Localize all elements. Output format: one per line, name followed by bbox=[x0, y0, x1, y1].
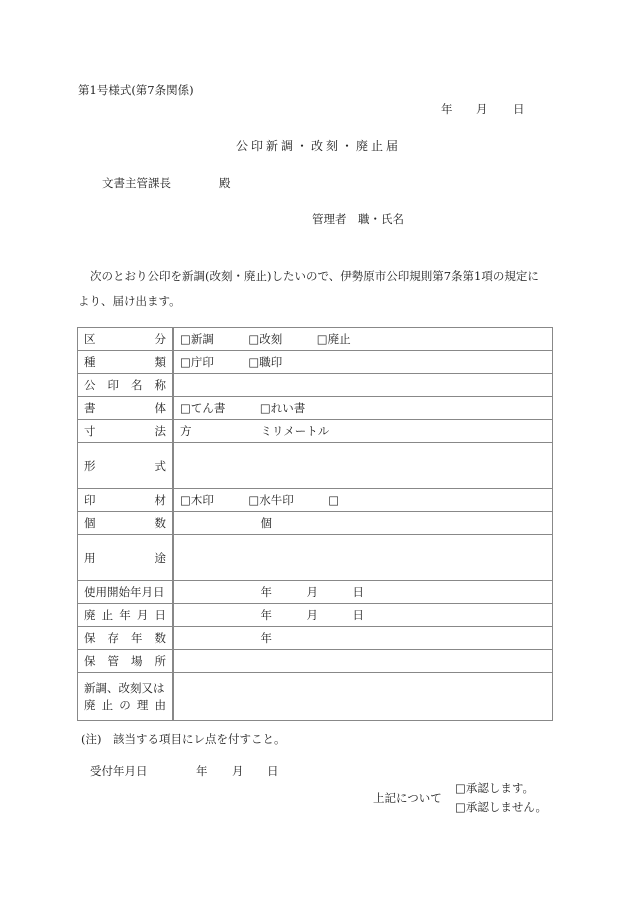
table-row-reason: 新調、改刻又は 廃止の理由 bbox=[78, 673, 553, 721]
row-label: 印材 bbox=[84, 492, 166, 508]
typeface-checkboxes[interactable]: □てん書 □れい書 bbox=[173, 397, 553, 420]
type-checkboxes[interactable]: □庁印 □職印 bbox=[173, 351, 553, 374]
row-label: 寸法 bbox=[84, 423, 166, 439]
page-title: 公印新調・改刻・廃止届 bbox=[236, 137, 401, 154]
row-label-line-2: 廃止の理由 bbox=[84, 697, 166, 714]
table-row-abolition-date: 廃止年月日 年 月 日 bbox=[78, 604, 553, 627]
row-label: 形式 bbox=[84, 458, 166, 474]
table-row-type: 種類 □庁印 □職印 bbox=[78, 351, 553, 374]
form-number: 第1号様式(第7条関係) bbox=[78, 82, 194, 98]
date-year: 年 bbox=[441, 101, 453, 117]
note: (注) 該当する項目にレ点を付すこと。 bbox=[81, 731, 285, 747]
row-label: 区分 bbox=[84, 331, 166, 347]
body-text: 次のとおり公印を新調(改刻・廃止)したいので、伊勢原市公印規則第7条第1項の規定… bbox=[78, 264, 558, 314]
body-line-1: 次のとおり公印を新調(改刻・廃止)したいので、伊勢原市公印規則第7条第1項の規定… bbox=[78, 264, 558, 289]
addressee: 文書主管課長 bbox=[102, 175, 171, 191]
row-label-line-1: 新調、改刻又は bbox=[84, 680, 166, 697]
row-label: 用途 bbox=[84, 550, 166, 566]
storage-location-field[interactable] bbox=[173, 650, 553, 673]
quantity-field[interactable]: 個 bbox=[173, 512, 553, 535]
material-checkboxes[interactable]: □木印 □水牛印 □ bbox=[173, 489, 553, 512]
receipt-year: 年 bbox=[196, 763, 208, 779]
seal-name-field[interactable] bbox=[173, 374, 553, 397]
table-row-start-date: 使用開始年月日 年 月 日 bbox=[78, 581, 553, 604]
table-row-purpose: 用途 bbox=[78, 535, 553, 581]
table-row-storage-location: 保管場所 bbox=[78, 650, 553, 673]
row-label: 公印名称 bbox=[84, 377, 166, 393]
receipt-month: 月 bbox=[232, 763, 244, 779]
applicant-label: 管理者 職・氏名 bbox=[312, 211, 404, 227]
receipt-day: 日 bbox=[267, 763, 279, 779]
dimensions-field[interactable]: 方 ミリメートル bbox=[173, 420, 553, 443]
date-month: 月 bbox=[476, 101, 488, 117]
row-label: 使用開始年月日 bbox=[84, 584, 166, 600]
reason-field[interactable] bbox=[173, 673, 553, 721]
receipt-date-label: 受付年月日 bbox=[90, 763, 148, 779]
row-label: 書体 bbox=[84, 400, 166, 416]
approval-label: 上記について bbox=[373, 790, 442, 806]
table-row-format: 形式 bbox=[78, 443, 553, 489]
honorific: 殿 bbox=[219, 175, 231, 191]
table-row-quantity: 個数 個 bbox=[78, 512, 553, 535]
row-label: 保存年数 bbox=[84, 630, 166, 646]
row-label: 廃止年月日 bbox=[84, 607, 166, 623]
table-row-category: 区分 □新調 □改刻 □廃止 bbox=[78, 328, 553, 351]
approve-checkbox[interactable]: □承認します。 bbox=[455, 780, 534, 796]
row-label: 個数 bbox=[84, 515, 166, 531]
retention-years-field[interactable]: 年 bbox=[173, 627, 553, 650]
abolition-date-field[interactable]: 年 月 日 bbox=[173, 604, 553, 627]
row-label: 保管場所 bbox=[84, 653, 166, 669]
start-date-field[interactable]: 年 月 日 bbox=[173, 581, 553, 604]
table-row-seal-name: 公印名称 bbox=[78, 374, 553, 397]
table-row-typeface: 書体 □てん書 □れい書 bbox=[78, 397, 553, 420]
purpose-field[interactable] bbox=[173, 535, 553, 581]
date-day: 日 bbox=[513, 101, 525, 117]
body-line-2: より、届け出ます。 bbox=[78, 289, 558, 314]
format-field[interactable] bbox=[173, 443, 553, 489]
category-checkboxes[interactable]: □新調 □改刻 □廃止 bbox=[173, 328, 553, 351]
application-table: 区分 □新調 □改刻 □廃止 種類 □庁印 □職印 公印名称 書体 □てん書 □… bbox=[77, 327, 553, 721]
table-row-retention-years: 保存年数 年 bbox=[78, 627, 553, 650]
table-row-material: 印材 □木印 □水牛印 □ bbox=[78, 489, 553, 512]
row-label: 種類 bbox=[84, 354, 166, 370]
table-row-dimensions: 寸法 方 ミリメートル bbox=[78, 420, 553, 443]
reject-checkbox[interactable]: □承認しません。 bbox=[455, 799, 547, 815]
